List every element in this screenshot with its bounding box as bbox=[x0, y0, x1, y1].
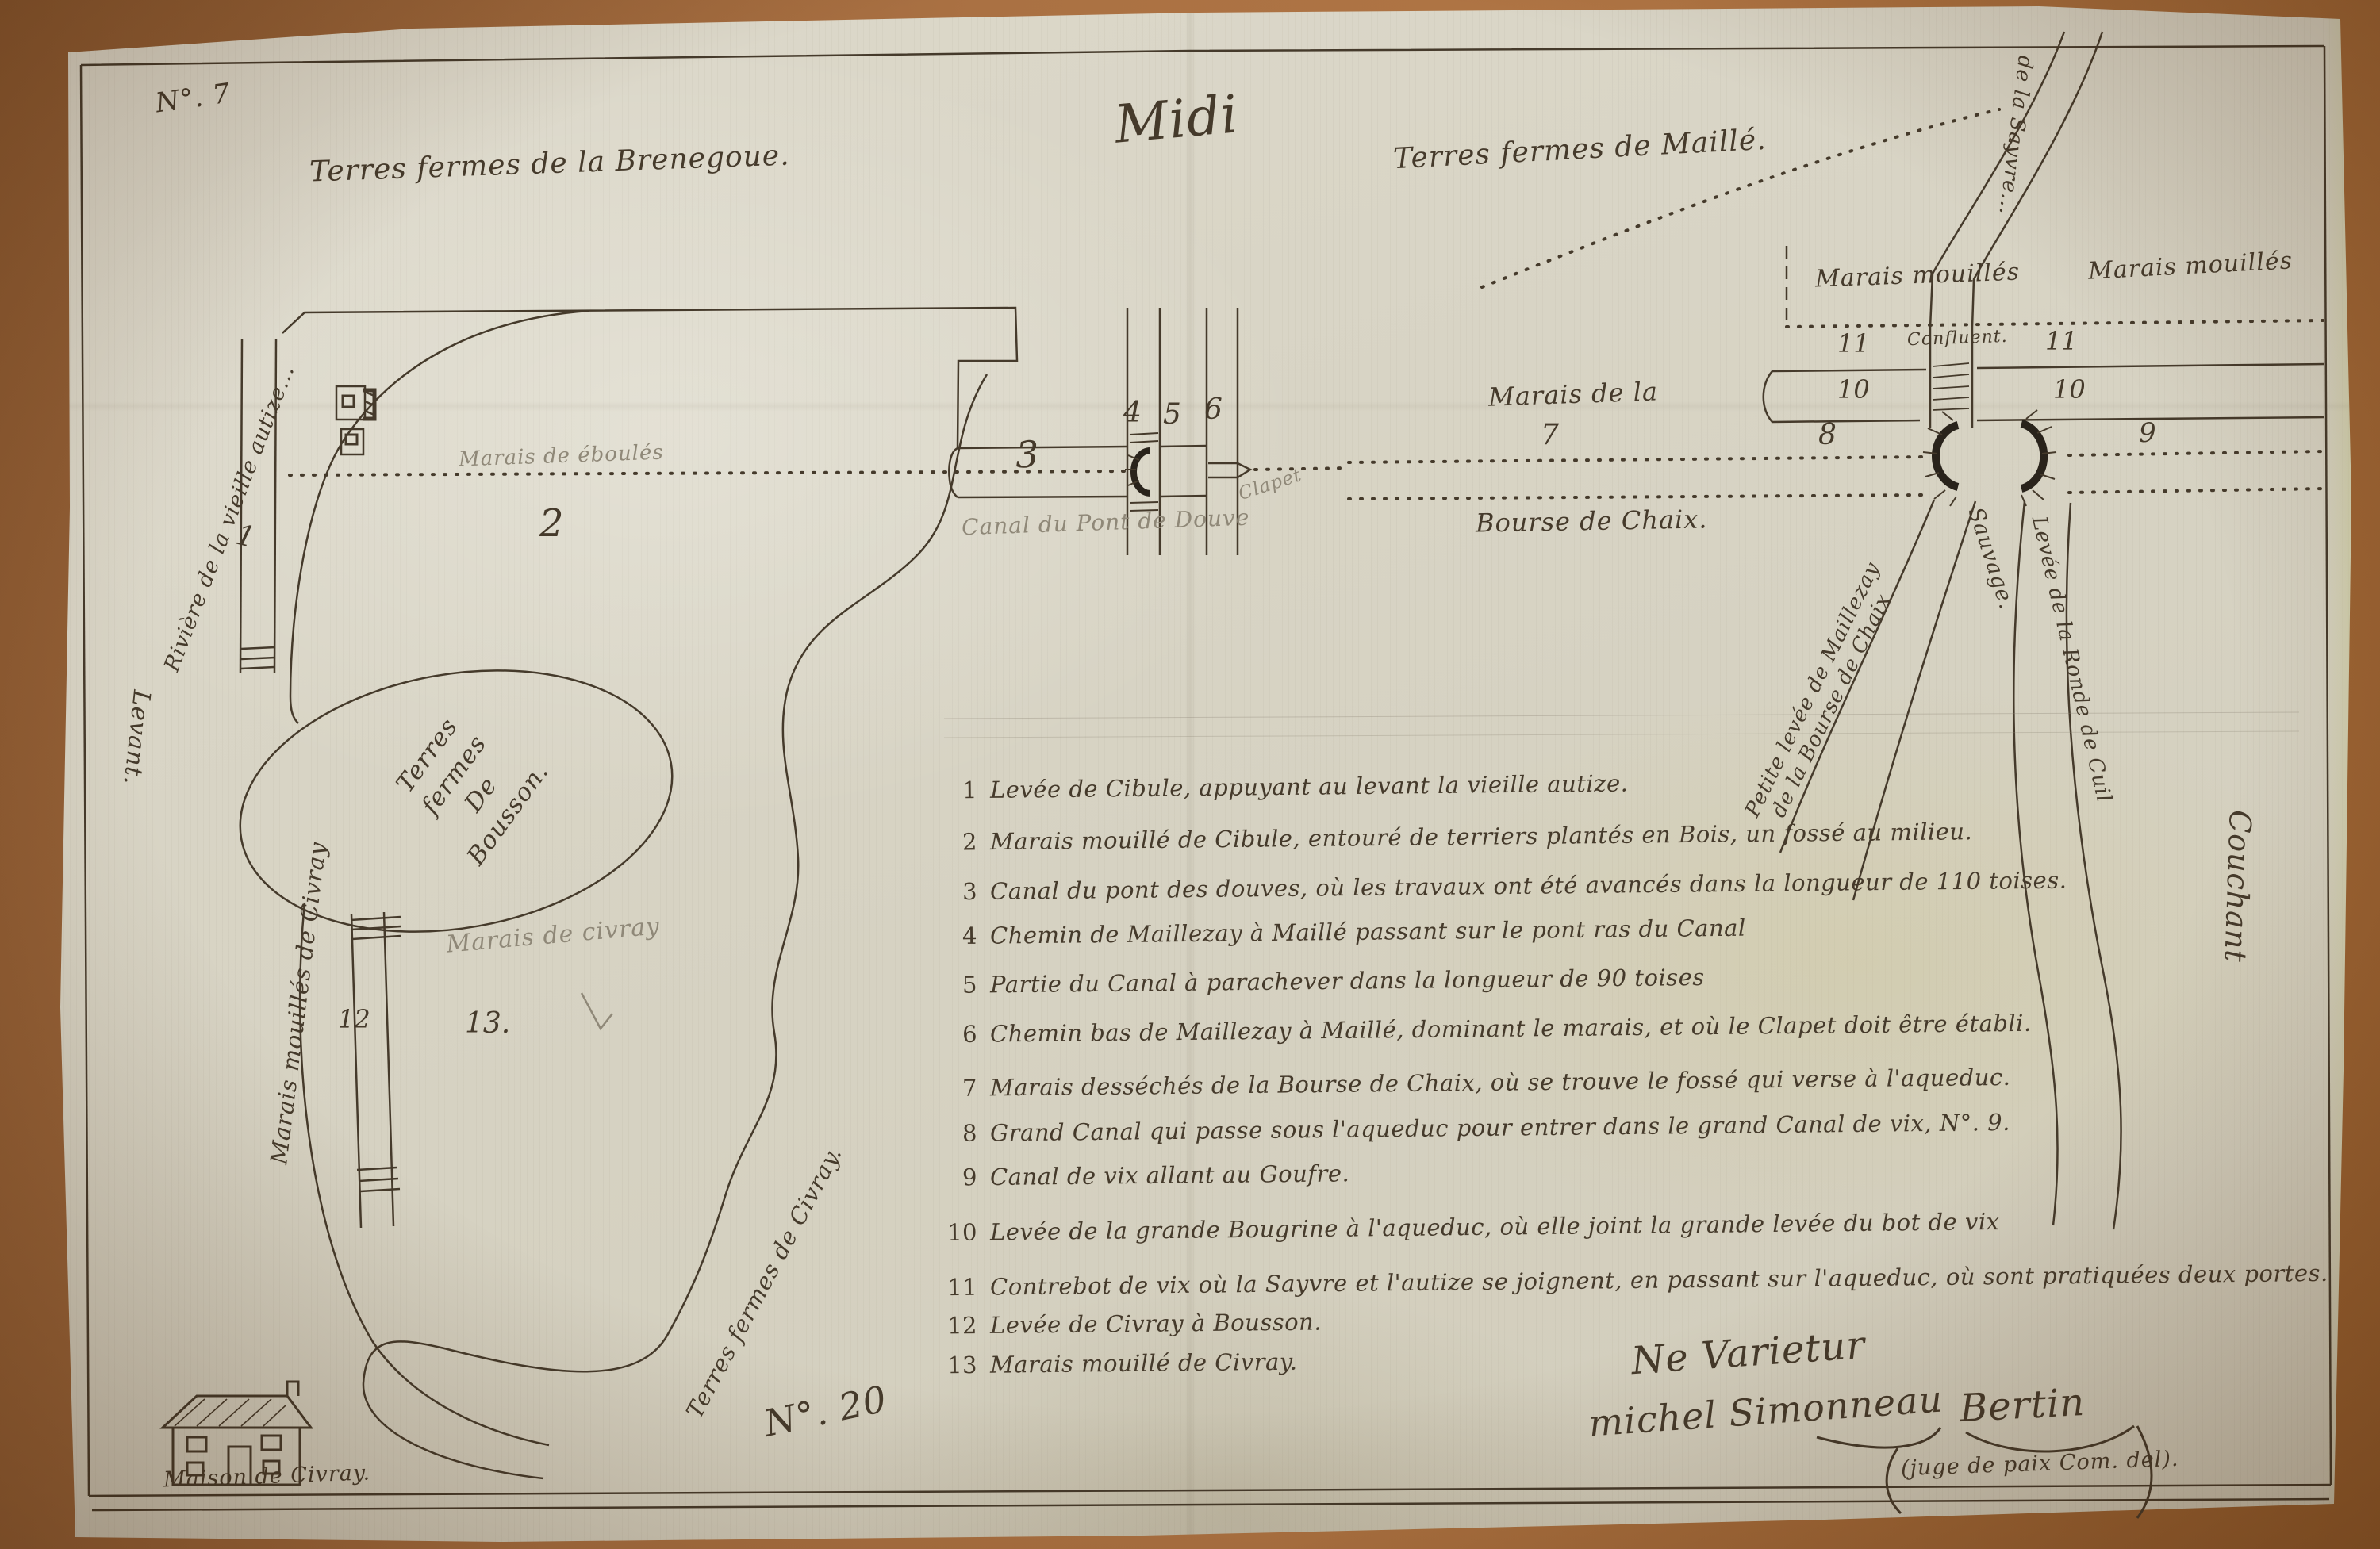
legend-item-number: 3 bbox=[941, 878, 977, 905]
map-number-10: 10 bbox=[2053, 374, 2086, 405]
signature-bertin: Bertin bbox=[1959, 1380, 2086, 1431]
legend-item-number: 11 bbox=[941, 1274, 977, 1301]
map-number-12: 12 bbox=[338, 1004, 370, 1034]
legend-item-text: Canal de vix allant au Goufre. bbox=[990, 1160, 1350, 1191]
map-number-3: 3 bbox=[1015, 433, 1039, 477]
label-confluent: Confluent. bbox=[1907, 327, 2008, 350]
photograph-of-manuscript-map: { "colors": {"backdrop":"#a26b3b","paper… bbox=[0, 0, 2380, 1549]
label-couchant: Couchant bbox=[2217, 809, 2258, 963]
map-number-6: 6 bbox=[1204, 393, 1223, 426]
label-marais-de-la: Marais de la bbox=[1487, 376, 1658, 412]
legend-item-number: 8 bbox=[941, 1120, 977, 1147]
legend-item-number: 13 bbox=[941, 1352, 977, 1378]
legend-item-number: 4 bbox=[941, 922, 977, 949]
map-number-4: 4 bbox=[1123, 397, 1142, 429]
title-midi: Midi bbox=[1112, 83, 1241, 155]
map-number-11: 11 bbox=[2045, 326, 2078, 356]
legend-item-text: Marais mouillé de Civray. bbox=[990, 1348, 1298, 1378]
map-number-7: 7 bbox=[1541, 419, 1559, 451]
legend-item-number: 9 bbox=[941, 1164, 977, 1191]
map-number-9: 9 bbox=[2139, 417, 2156, 449]
legend-item-number: 7 bbox=[941, 1075, 977, 1102]
legend-item-number: 12 bbox=[941, 1312, 977, 1339]
map-number-11: 11 bbox=[1837, 328, 1870, 358]
map-number-10: 10 bbox=[1837, 374, 1870, 405]
map-number-13: 13. bbox=[465, 1007, 510, 1040]
legend-item-number: 5 bbox=[941, 972, 977, 999]
legend-item-number: 1 bbox=[941, 776, 977, 803]
map-number-8: 8 bbox=[1818, 419, 1837, 451]
map-number-2: 2 bbox=[539, 501, 564, 546]
legend-item-9: 9Canal de vix allant au Goufre. bbox=[941, 1160, 1350, 1191]
legend-item-number: 2 bbox=[941, 828, 977, 855]
map-number-5: 5 bbox=[1163, 398, 1181, 431]
legend-item-number: 10 bbox=[941, 1219, 977, 1246]
legend-item-text: Levée de Civray à Bousson. bbox=[990, 1308, 1322, 1338]
label-bourse-de-chaix: Bourse de Chaix. bbox=[1476, 504, 1708, 538]
legend-item-number: 6 bbox=[941, 1021, 977, 1048]
aqueduct bbox=[1923, 363, 2056, 506]
legend-item-12: 12Levée de Civray à Bousson. bbox=[941, 1308, 1322, 1339]
canal-8-9-dotted bbox=[1255, 451, 2324, 499]
marais-civray-boundary bbox=[363, 374, 987, 1478]
legend-item-13: 13Marais mouillé de Civray. bbox=[941, 1348, 1298, 1379]
